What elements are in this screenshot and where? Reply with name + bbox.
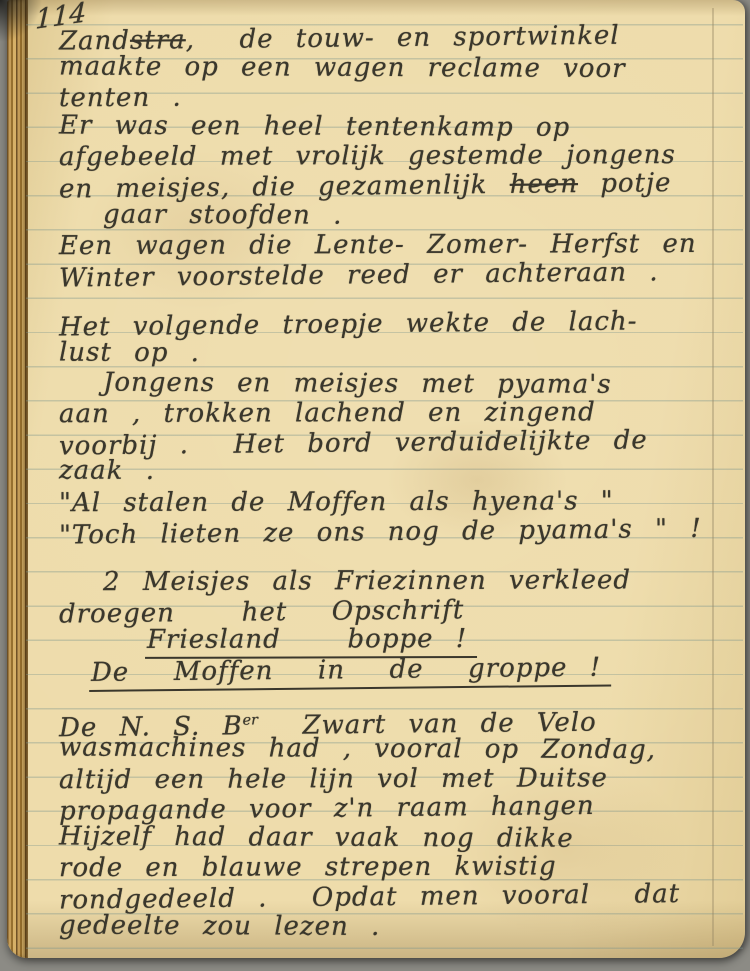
manuscript-line: lust op . xyxy=(59,338,735,371)
paragraph: Een wagen die Lente- Zomer- Herfst enWin… xyxy=(59,231,735,290)
text-segment: tenten . xyxy=(59,83,182,113)
text-segment: "Toch lieten ze ons nog de pyama's " ! xyxy=(59,513,702,550)
text-segment: altijd een hele lijn vol met Duitse xyxy=(59,763,608,795)
manuscript-line: Friesland boppe ! xyxy=(145,625,735,657)
text-segment: Winter voorstelde reed er achteraan . xyxy=(59,257,659,293)
paragraph: Er was een heel tentenkamp opafgebeeld m… xyxy=(59,113,735,231)
diary-page: 114 Zandstra, de touw- en sportwinkelmaa… xyxy=(7,0,745,958)
manuscript-line: gaar stoofden . xyxy=(103,200,735,232)
text-segment: , de touw- en sportwinkel xyxy=(186,21,620,56)
text-segment: gedeelte zou lezen . xyxy=(59,910,380,941)
text-segment: Jongens en meisjes met pyama's xyxy=(103,367,612,399)
text-segment: Er was een heel tentenkamp op xyxy=(59,110,570,142)
manuscript-line: Er was een heel tentenkamp op xyxy=(59,111,735,144)
text-segment: "Al stalen de Moffen als hyena's " xyxy=(59,486,614,518)
struck-word: heen xyxy=(510,169,579,200)
paragraph: Zandstra, de touw- en sportwinkelmaakte … xyxy=(59,24,735,113)
manuscript-line: zaak . xyxy=(59,457,735,490)
paragraph: De N. S. Ber Zwart van de Velowasmachine… xyxy=(59,705,735,942)
text-segment: Friesland boppe ! xyxy=(147,624,467,655)
text-segment: zaak . xyxy=(59,456,155,486)
manuscript-line: Jongens en meisjes met pyama's xyxy=(103,368,735,400)
paragraph: 2 Meisjes als Friezinnen verkleeddroegen… xyxy=(59,567,735,685)
text-segment: aan , trokken lachend en zingend xyxy=(59,397,596,429)
paragraph: Het volgende troepje wekte de lach-lust … xyxy=(59,310,735,369)
paragraph: Jongens en meisjes met pyama'saan , trok… xyxy=(59,370,735,548)
text-segment: Hijzelf had daar vaak nog dikke xyxy=(59,821,574,853)
text-segment: afgebeeld met vrolijk gestemde jongens xyxy=(59,140,676,172)
manuscript-line: Winter voorstelde reed er achteraan . xyxy=(59,257,735,294)
text-segment: Een wagen die Lente- Zomer- Herfst en xyxy=(59,229,697,261)
text-segment: De Moffen in de groppe ! xyxy=(91,652,602,687)
text-segment: lust op . xyxy=(59,337,200,368)
text-segment: gaar stoofden . xyxy=(103,199,343,230)
manuscript-line: gedeelte zou lezen . xyxy=(59,911,735,944)
text-segment: maakte op een wagen reclame voor xyxy=(59,51,626,83)
manuscript-line: wasmachines had , vooral op Zondag, xyxy=(59,734,735,767)
manuscript-line: 2 Meisjes als Friezinnen verkleed xyxy=(103,566,735,598)
superscript-suffix: er xyxy=(243,713,258,729)
underlined-slogan: De Moffen in de groppe ! xyxy=(89,653,612,691)
manuscript-line: maakte op een wagen reclame voor xyxy=(59,52,735,85)
text-segment: potje xyxy=(578,168,672,199)
manuscript-line: Hijzelf had daar vaak nog dikke xyxy=(59,822,735,855)
text-segment: rode en blauwe strepen kwistig xyxy=(59,852,557,884)
manuscript-line: "Toch lieten ze ons nog de pyama's " ! xyxy=(59,514,735,551)
page-edge-stack xyxy=(7,0,28,958)
text-segment: 2 Meisjes als Friezinnen verkleed xyxy=(103,565,631,597)
text-segment: wasmachines had , vooral op Zondag, xyxy=(59,733,656,766)
handwritten-text: Zandstra, de touw- en sportwinkelmaakte … xyxy=(59,24,735,942)
manuscript-line: De Moffen in de groppe ! xyxy=(89,655,735,687)
manuscript-line: tenten . xyxy=(59,82,735,114)
